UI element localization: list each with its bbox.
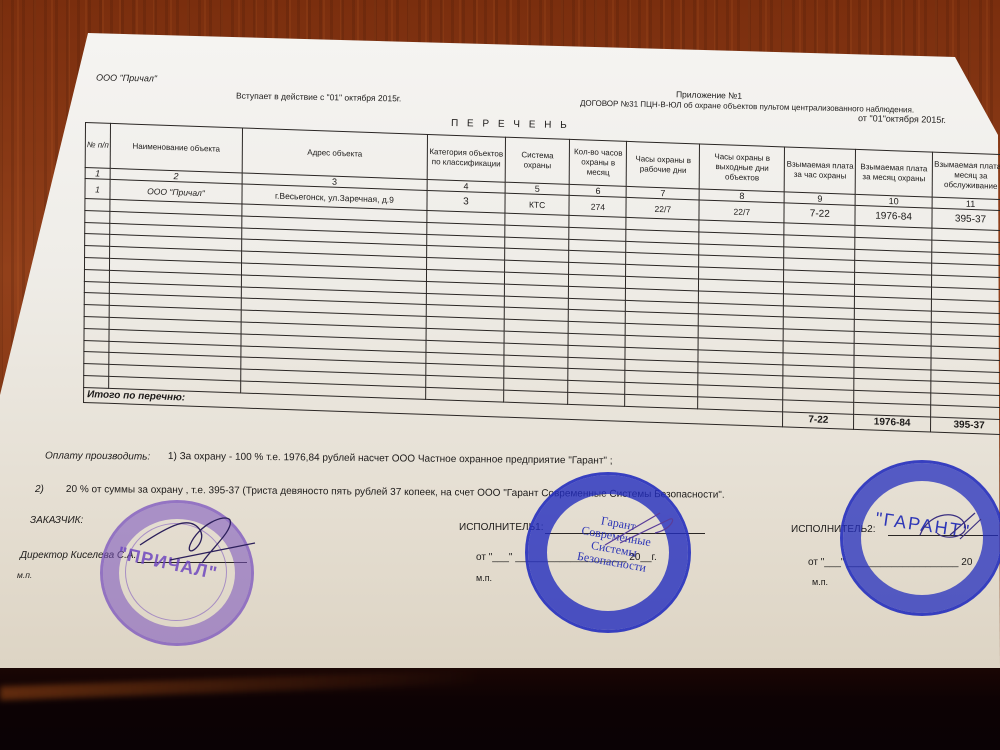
executor2-signature (915, 505, 985, 550)
empty-cell (85, 234, 110, 247)
header-cell: Адрес объекта (242, 128, 427, 179)
effective-date: Вступает в действие с "01" октября 2015г… (236, 91, 401, 104)
objects-table: № п/п Наименование объекта Адрес объекта… (83, 122, 1000, 435)
cell-security-system: КТС (505, 193, 570, 215)
header-cell: Категория объектов по классификации (427, 134, 505, 182)
empty-cell (84, 364, 109, 377)
contract-date: от "01"октября 2015г. (858, 113, 946, 125)
empty-cell (84, 305, 109, 318)
empty-cell (84, 281, 109, 294)
document: ООО "Причал" Вступает в действие с "01" … (0, 0, 1000, 750)
header-cell: Часы охраны в рабочие дни (627, 141, 700, 189)
payment-label: Оплату производить: (45, 450, 150, 462)
empty-cell (85, 210, 110, 223)
total-service: 395-37 (931, 417, 1000, 435)
empty-cell (84, 328, 109, 341)
header-cell: Наименование объекта (110, 123, 242, 173)
list-title: П Е Р Е Ч Е Н Ь (451, 118, 570, 131)
header-cell: Система охраны (505, 137, 570, 184)
customer-label: ЗАКАЗЧИК: (30, 515, 83, 526)
executor2-mp: м.п. (812, 577, 828, 587)
header-cell: Взымаемая плата за час охраны (785, 147, 856, 194)
customer-mp: м.п. (17, 570, 32, 580)
header-cell: Взымаемая плата в месяц за обслуживание (932, 152, 1000, 200)
empty-cell (84, 375, 109, 388)
empty-rows (84, 199, 1000, 420)
cell-category: 3 (427, 190, 505, 213)
empty-cell (85, 222, 110, 235)
header-cell: Кол-во часов охраны в месяц (569, 139, 626, 186)
cell-service-fee: 395-37 (932, 208, 1000, 231)
header-cell: № п/п (85, 123, 110, 169)
header-cell: Часы охраны в выходные дни объектов (699, 144, 785, 192)
payment-item-2-number: 2) (35, 484, 44, 495)
column-number: 1 (85, 168, 110, 180)
cell-number: 1 (85, 179, 110, 200)
cell-hours-workdays: 22/7 (626, 197, 699, 220)
cell-hours-month: 274 (569, 195, 626, 217)
empty-cell (84, 293, 109, 306)
cell-monthly-fee: 1976-84 (855, 205, 932, 228)
executor1-mp: м.п. (476, 573, 492, 583)
empty-cell (84, 316, 109, 329)
customer-signature (130, 505, 260, 575)
empty-cell (84, 269, 109, 282)
appendix-title: Приложение №1 (676, 89, 742, 100)
empty-cell (84, 352, 109, 365)
total-hourly: 7-22 (783, 412, 854, 429)
contract-title: ДОГОВОР №31 ПЦН-В-ЮЛ об охране объектов … (580, 99, 914, 115)
empty-cell (84, 340, 109, 353)
empty-cell (85, 199, 110, 212)
total-monthly: 1976-84 (854, 414, 931, 432)
empty-cell (85, 246, 110, 259)
executor1-signature (600, 505, 680, 555)
header-cell: Взымаемая плата за месяц охраны (855, 149, 932, 197)
empty-cell (84, 257, 109, 270)
cell-hourly-fee: 7-22 (784, 203, 855, 225)
payment-item-1: 1) За охрану - 100 % т.е. 1976,84 рублей… (168, 451, 613, 467)
customer-org-header: ООО "Причал" (96, 72, 157, 83)
